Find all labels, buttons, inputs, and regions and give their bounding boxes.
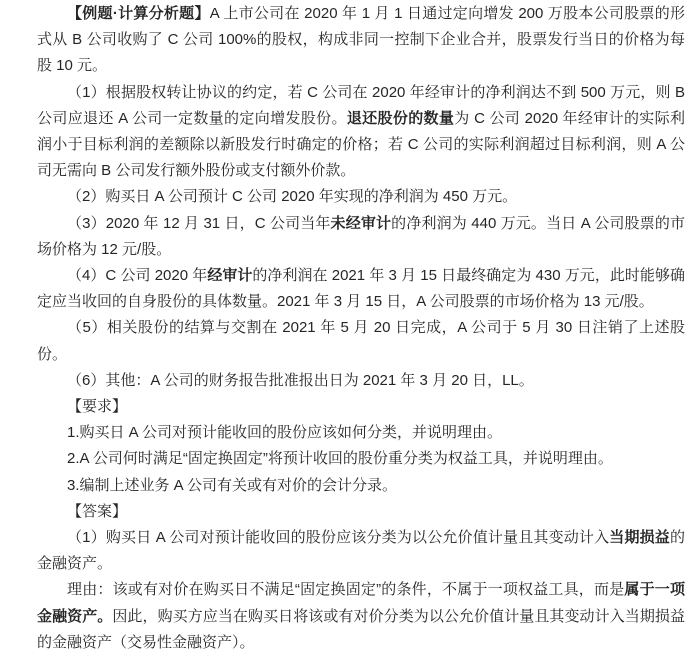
paragraph: 【答案】: [37, 499, 685, 525]
document-body: 【例题·计算分析题】A 上市公司在 2020 年 1 月 1 日通过定向增发 2…: [37, 1, 685, 651]
text-run: （1）购买日 A 公司对预计能收回的股份应该分类为以公允价值计量且其变动计入: [67, 529, 609, 546]
text-run: （2）购买日 A 公司预计 C 公司 2020 年实现的净利润为 450 万元。: [67, 188, 517, 205]
paragraph: （4）C 公司 2020 年经审计的净利润在 2021 年 3 月 15 日最终…: [37, 263, 685, 315]
text-run: 【答案】: [67, 503, 127, 520]
paragraph: 2.A 公司何时满足“固定换固定”将预计收回的股份重分类为权益工具，并说明理由。: [37, 446, 685, 472]
paragraph: （6）其他：A 公司的财务报告批准报出日为 2021 年 3 月 20 日，LL…: [37, 368, 685, 394]
text-run: 因此，购买方应当在购买日将该或有对价分类为以公允价值计量且其变动计入当期损益的金…: [37, 608, 685, 651]
text-run: 3.编制上述业务 A 公司有关或有对价的会计分录。: [67, 477, 397, 494]
paragraph: 理由：该或有对价在购买日不满足“固定换固定”的条件，不属于一项权益工具，而是属于…: [37, 577, 685, 651]
text-run: 【要求】: [67, 398, 127, 415]
paragraph: 【例题·计算分析题】A 上市公司在 2020 年 1 月 1 日通过定向增发 2…: [37, 1, 685, 80]
text-run: （3）2020 年 12 月 31 日，C 公司当年: [67, 215, 331, 232]
paragraph: 3.编制上述业务 A 公司有关或有对价的会计分录。: [37, 473, 685, 499]
text-run: （5）相关股份的结算与交割在 2021 年 5 月 20 日完成，A 公司于 5…: [37, 319, 685, 362]
document-page: 【例题·计算分析题】A 上市公司在 2020 年 1 月 1 日通过定向增发 2…: [0, 0, 699, 651]
text-run: （6）其他：A 公司的财务报告批准报出日为 2021 年 3 月 20 日，LL…: [67, 372, 534, 389]
text-run: 2.A 公司何时满足“固定换固定”将预计收回的股份重分类为权益工具，并说明理由。: [67, 450, 613, 467]
paragraph: （1）购买日 A 公司对预计能收回的股份应该分类为以公允价值计量且其变动计入当期…: [37, 525, 685, 577]
paragraph: 1.购买日 A 公司对预计能收回的股份应该如何分类，并说明理由。: [37, 420, 685, 446]
text-run: 1.购买日 A 公司对预计能收回的股份应该如何分类，并说明理由。: [67, 424, 502, 441]
text-run: （4）C 公司 2020 年: [67, 267, 207, 284]
paragraph: （5）相关股份的结算与交割在 2021 年 5 月 20 日完成，A 公司于 5…: [37, 315, 685, 367]
bold-text-run: 经审计: [207, 267, 252, 284]
paragraph: （1）根据股权转让协议的约定，若 C 公司在 2020 年经审计的净利润达不到 …: [37, 80, 685, 185]
bold-text-run: 未经审计: [331, 215, 392, 232]
bold-text-run: 退还股份的数量: [347, 110, 454, 127]
bold-text-run: 当期损益: [609, 529, 670, 546]
paragraph: （2）购买日 A 公司预计 C 公司 2020 年实现的净利润为 450 万元。: [37, 184, 685, 210]
text-run: 理由：该或有对价在购买日不满足“固定换固定”的条件，不属于一项权益工具，而是: [67, 581, 624, 598]
paragraph: 【要求】: [37, 394, 685, 420]
bold-text-run: 【例题·计算分析题】: [67, 5, 210, 22]
paragraph: （3）2020 年 12 月 31 日，C 公司当年未经审计的净利润为 440 …: [37, 211, 685, 263]
